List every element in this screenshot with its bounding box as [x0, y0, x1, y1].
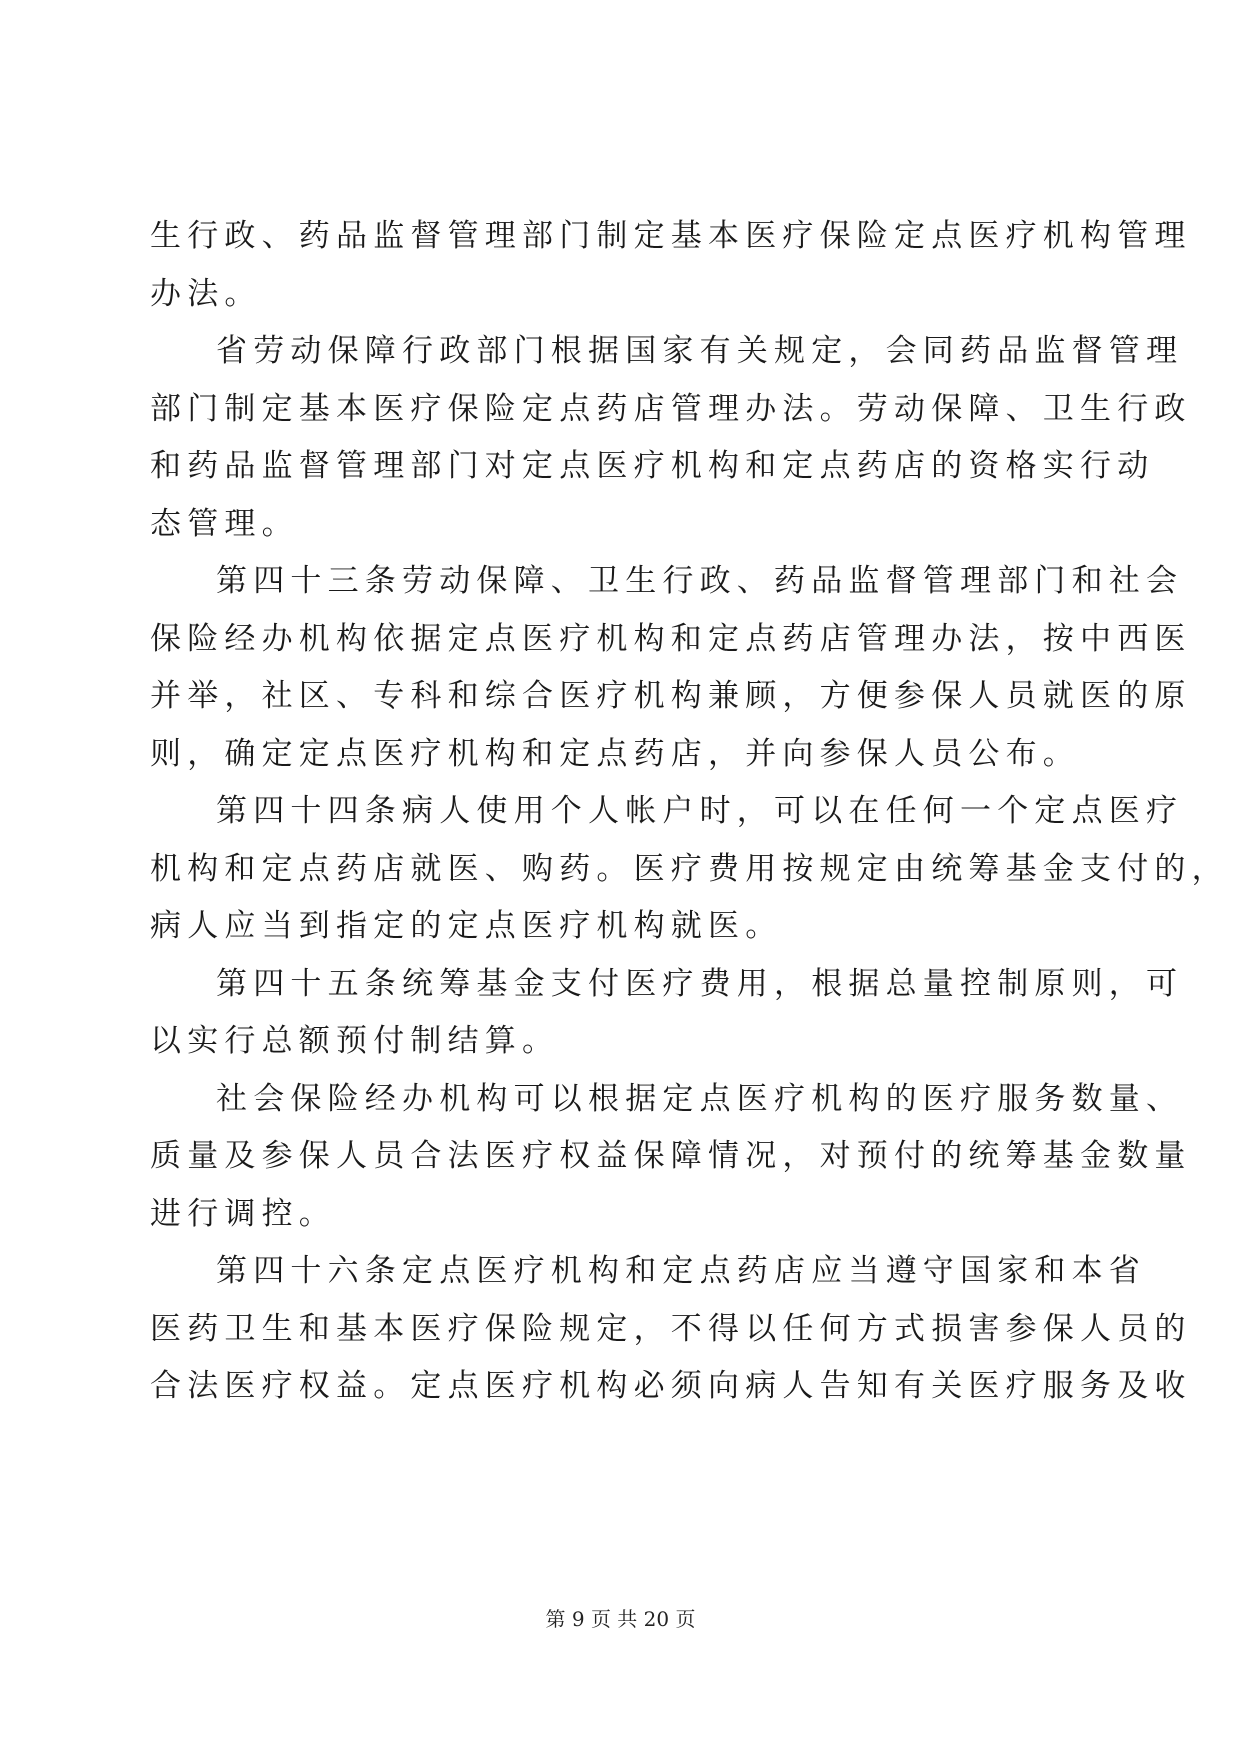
article-44-line: 第四十四条病人使用个人帐户时，可以在任何一个定点医疗	[150, 783, 1090, 841]
text-line: 办法。	[150, 266, 1090, 324]
text-line: 和药品监督管理部门对定点医疗机构和定点药店的资格实行动	[150, 438, 1090, 496]
document-page: 生行政、药品监督管理部门制定基本医疗保险定点医疗机构管理 办法。 省劳动保障行政…	[0, 0, 1241, 1754]
paragraph-start-line: 省劳动保障行政部门根据国家有关规定，会同药品监督管理	[150, 323, 1090, 381]
text-line: 病人应当到指定的定点医疗机构就医。	[150, 898, 1090, 956]
page-number-footer: 第 9 页 共 20 页	[0, 1603, 1241, 1632]
document-body: 生行政、药品监督管理部门制定基本医疗保险定点医疗机构管理 办法。 省劳动保障行政…	[150, 208, 1090, 1416]
text-line: 部门制定基本医疗保险定点药店管理办法。劳动保障、卫生行政	[150, 381, 1090, 439]
text-line: 质量及参保人员合法医疗权益保障情况，对预付的统筹基金数量	[150, 1128, 1090, 1186]
text-line: 合法医疗权益。定点医疗机构必须向病人告知有关医疗服务及收	[150, 1358, 1090, 1416]
article-45-line: 第四十五条统筹基金支付医疗费用，根据总量控制原则，可	[150, 956, 1090, 1014]
article-43-line: 第四十三条劳动保障、卫生行政、药品监督管理部门和社会	[150, 553, 1090, 611]
paragraph-start-line: 社会保险经办机构可以根据定点医疗机构的医疗服务数量、	[150, 1071, 1090, 1129]
article-46-line: 第四十六条定点医疗机构和定点药店应当遵守国家和本省	[150, 1243, 1090, 1301]
text-line: 态管理。	[150, 496, 1090, 554]
text-line: 保险经办机构依据定点医疗机构和定点药店管理办法，按中西医	[150, 611, 1090, 669]
text-line: 医药卫生和基本医疗保险规定，不得以任何方式损害参保人员的	[150, 1301, 1090, 1359]
text-line: 则，确定定点医疗机构和定点药店，并向参保人员公布。	[150, 726, 1090, 784]
text-line: 以实行总额预付制结算。	[150, 1013, 1090, 1071]
text-line: 机构和定点药店就医、购药。医疗费用按规定由统筹基金支付的，	[150, 841, 1090, 899]
text-line: 并举，社区、专科和综合医疗机构兼顾，方便参保人员就医的原	[150, 668, 1090, 726]
text-line: 进行调控。	[150, 1186, 1090, 1244]
text-line: 生行政、药品监督管理部门制定基本医疗保险定点医疗机构管理	[150, 208, 1090, 266]
